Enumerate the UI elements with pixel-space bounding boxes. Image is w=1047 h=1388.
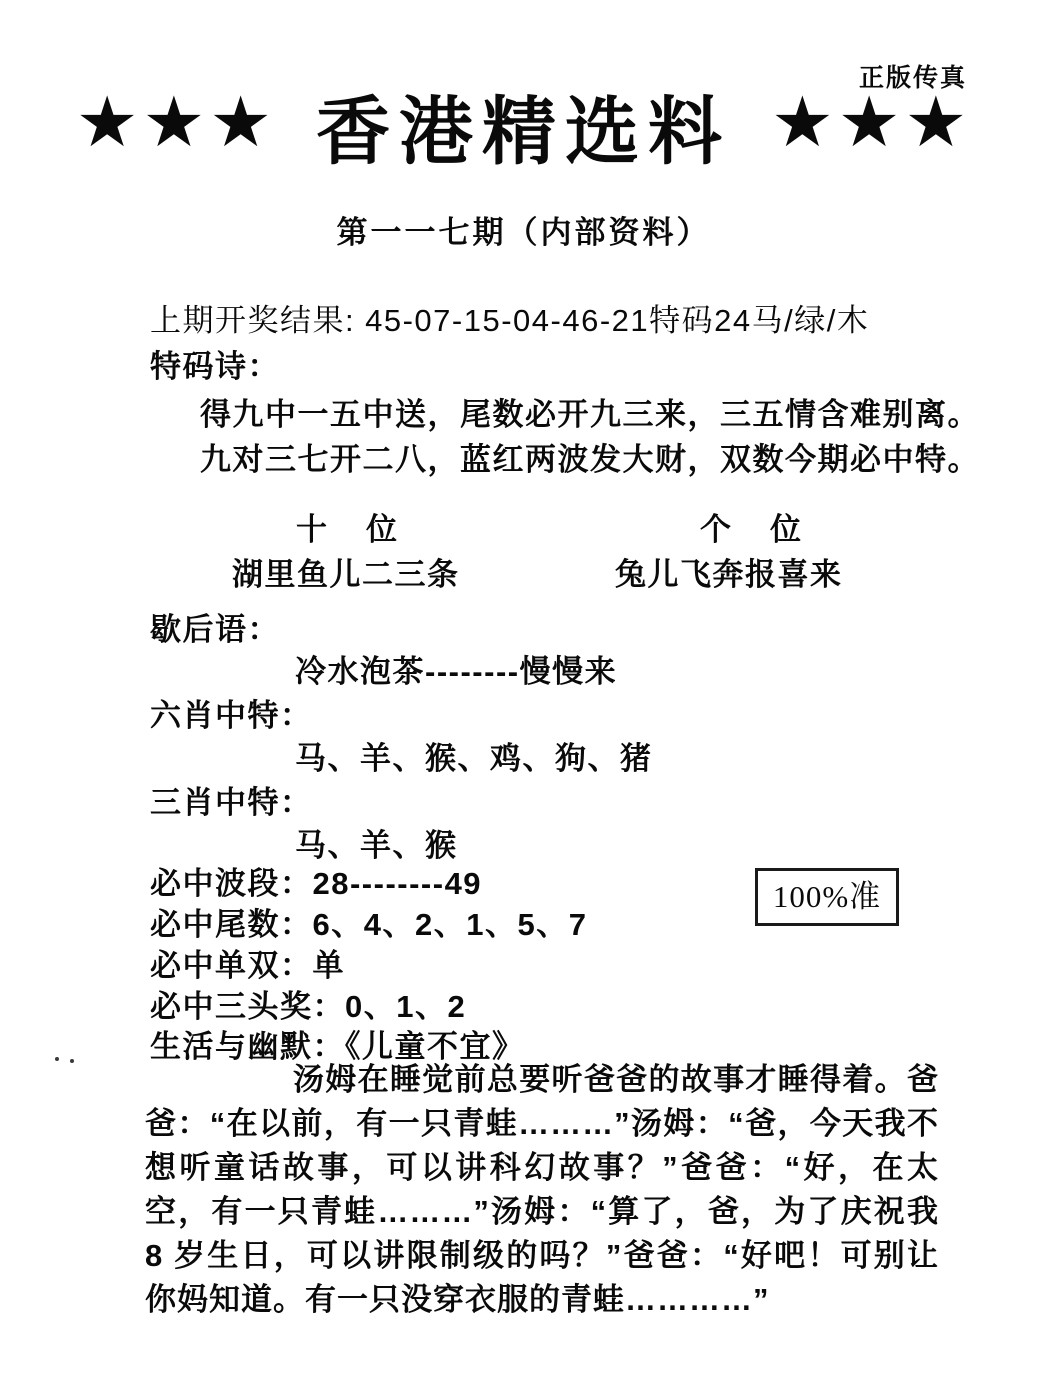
fax-page: 正版传真 ★★★ 香港精选料 ★★★ 第一一七期（内部资料） 上期开奖结果:45…: [0, 0, 1047, 1388]
last-draw-label: 上期开奖结果:: [150, 303, 355, 338]
odd-even-value: 单: [313, 948, 346, 983]
poem-line-1: 得九中一五中送，尾数必开九三来，三五情含难别离。: [200, 396, 980, 433]
three-zodiac-label: 三肖中特：: [150, 784, 313, 821]
poem-line-2: 九对三七开二八，蓝红两波发大财，双数今期必中特。: [200, 441, 980, 478]
page-title: 香港精选料: [316, 88, 731, 177]
last-draw-result: 上期开奖结果:45-07-15-04-46-21特码24马/绿/木: [150, 302, 869, 339]
humor-story: 汤姆在睡觉前总要听爸爸的故事才睡得着。爸爸：“在以前，有一只青蛙………”汤姆：“…: [145, 1058, 939, 1322]
three-zodiac-value: 马、羊、猴: [295, 827, 458, 864]
scan-noise-dot: [70, 1059, 74, 1063]
title-row: ★★★ 香港精选料 ★★★: [0, 88, 1047, 177]
xiehouyu-label: 歇后语：: [150, 611, 280, 648]
head-prize-label: 必中三头奖：: [150, 989, 345, 1024]
last-draw-value: 45-07-15-04-46-21特码24马/绿/木: [365, 303, 869, 338]
accuracy-stamp: 100%准: [755, 868, 899, 926]
wave-band-label: 必中波段：: [150, 866, 313, 901]
ones-position-clue: 兔儿飞奔报喜来: [615, 556, 843, 593]
head-prize-row: 必中三头奖：0、1、2: [150, 988, 466, 1025]
stars-right-icon: ★★★: [771, 87, 971, 157]
stars-left-icon: ★★★: [76, 87, 276, 157]
tail-numbers-value: 6、4、2、1、5、7: [313, 907, 588, 942]
poem-label: 特码诗：: [150, 348, 280, 385]
head-prize-value: 0、1、2: [345, 989, 466, 1024]
six-zodiac-label: 六肖中特：: [150, 697, 313, 734]
odd-even-label: 必中单双：: [150, 948, 313, 983]
issue-subtitle: 第一一七期（内部资料）: [0, 207, 1047, 252]
ones-position-header: 个 位: [700, 511, 805, 548]
xiehouyu-value: 冷水泡茶--------慢慢来: [295, 653, 617, 690]
tens-position-clue: 湖里鱼儿二三条: [232, 556, 460, 593]
scan-noise-dot: [55, 1057, 59, 1061]
tail-numbers-row: 必中尾数：6、4、2、1、5、7: [150, 906, 587, 943]
wave-band-value: 28--------49: [313, 866, 483, 901]
odd-even-row: 必中单双：单: [150, 947, 345, 984]
tail-numbers-label: 必中尾数：: [150, 907, 313, 942]
six-zodiac-value: 马、羊、猴、鸡、狗、猪: [295, 740, 653, 777]
wave-band-row: 必中波段：28--------49: [150, 865, 482, 902]
tens-position-header: 十 位: [296, 511, 401, 548]
